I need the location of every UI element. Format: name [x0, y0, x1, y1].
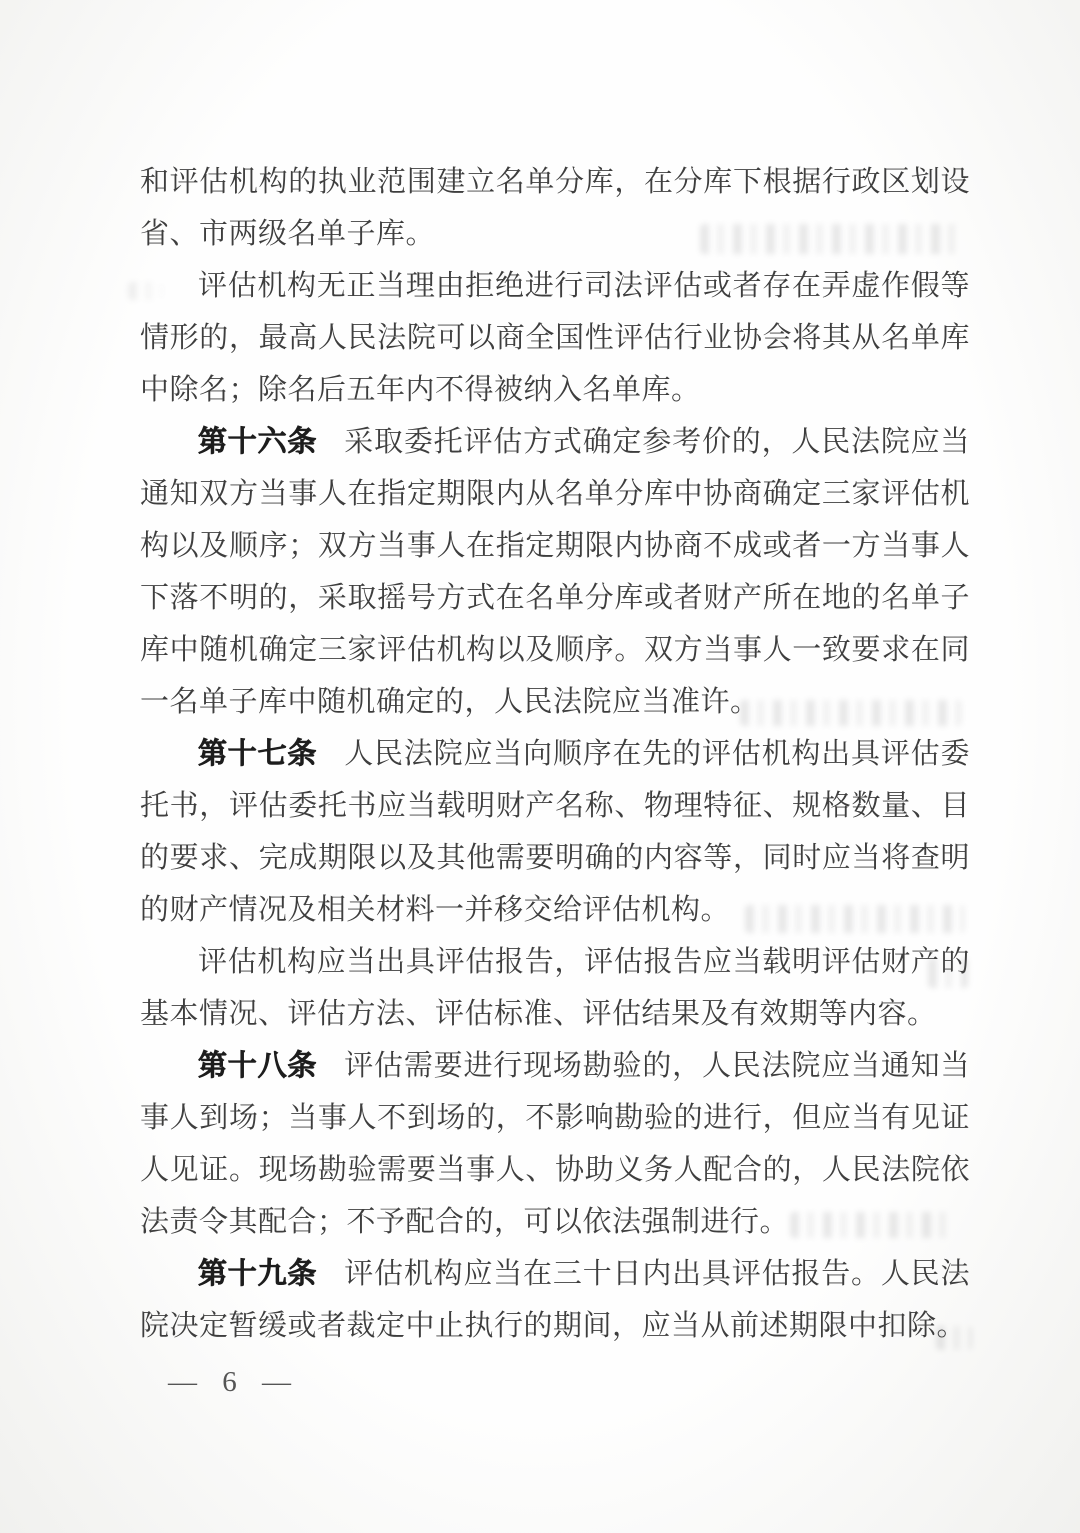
page-number: — 6 —	[168, 1366, 300, 1398]
paragraph: 评估机构应当出具评估报告，评估报告应当载明评估财产的基本情况、评估方法、评估标准…	[140, 936, 970, 1040]
page-footer: — 6 —	[168, 1366, 300, 1399]
paragraph-article-18: 第十八条评估需要进行现场勘验的，人民法院应当通知当事人到场；当事人不到场的，不影…	[140, 1040, 970, 1248]
article-number-label: 第十九条	[198, 1258, 317, 1290]
paragraph-text: 评估机构无正当理由拒绝进行司法评估或者存在弄虚作假等情形的，最高人民法院可以商全…	[140, 270, 970, 406]
article-number-label: 第十八条	[198, 1050, 317, 1082]
paragraph-article-17: 第十七条人民法院应当向顺序在先的评估机构出具评估委托书，评估委托书应当载明财产名…	[140, 728, 970, 936]
paragraph-continuation: 和评估机构的执业范围建立名单分库，在分库下根据行政区划设省、市两级名单子库。	[140, 156, 970, 260]
paragraph-article-16: 第十六条采取委托评估方式确定参考价的，人民法院应当通知双方当事人在指定期限内从名…	[140, 416, 970, 728]
paragraph-text: 采取委托评估方式确定参考价的，人民法院应当通知双方当事人在指定期限内从名单分库中…	[140, 426, 970, 718]
document-body: 和评估机构的执业范围建立名单分库，在分库下根据行政区划设省、市两级名单子库。 评…	[140, 156, 970, 1352]
paragraph: 评估机构无正当理由拒绝进行司法评估或者存在弄虚作假等情形的，最高人民法院可以商全…	[140, 260, 970, 416]
article-number-label: 第十七条	[198, 738, 317, 770]
paragraph-text: 评估机构应当出具评估报告，评估报告应当载明评估财产的基本情况、评估方法、评估标准…	[140, 946, 970, 1030]
document-page: 和评估机构的执业范围建立名单分库，在分库下根据行政区划设省、市两级名单子库。 评…	[0, 0, 1080, 1533]
paragraph-article-19: 第十九条评估机构应当在三十日内出具评估报告。人民法院决定暂缓或者裁定中止执行的期…	[140, 1248, 970, 1352]
paragraph-text: 和评估机构的执业范围建立名单分库，在分库下根据行政区划设省、市两级名单子库。	[140, 166, 970, 250]
article-number-label: 第十六条	[198, 426, 317, 458]
